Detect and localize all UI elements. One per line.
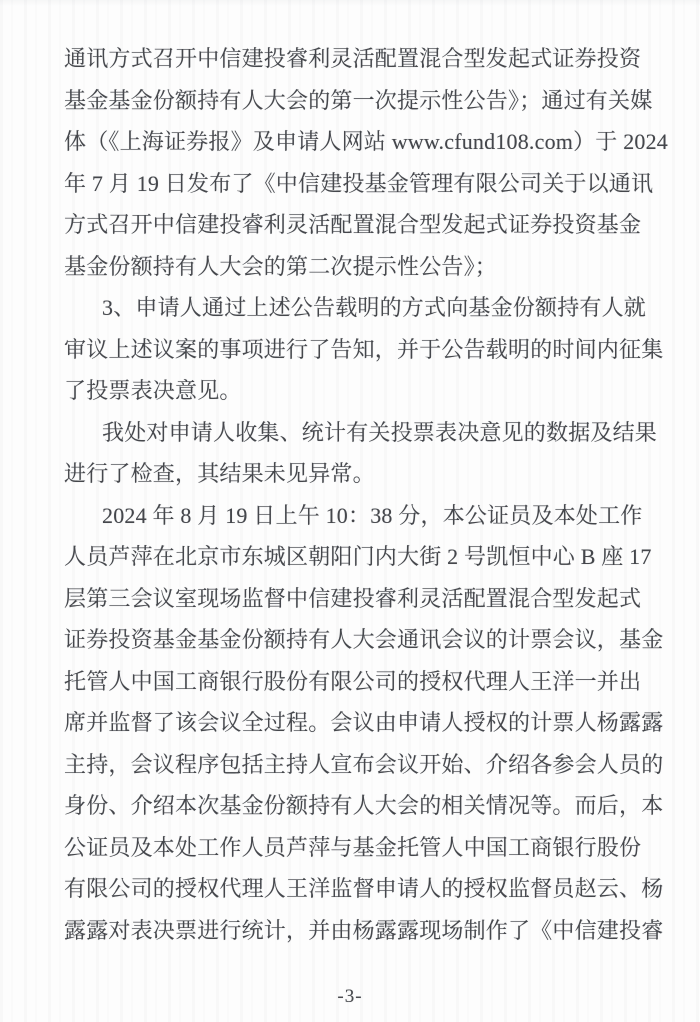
text-line: 人员芦萍在北京市东城区朝阳门内大街 2 号凯恒中心 B 座 17 xyxy=(64,536,638,578)
text-line: 基金基金份额持有人大会的第一次提示性公告》；通过有关媒 xyxy=(64,80,638,122)
text-line: 进行了检查，其结果未见异常。 xyxy=(64,453,638,495)
text-line: 身份、介绍本次基金份额持有人大会的相关情况等。而后，本 xyxy=(64,785,638,827)
text-line: 我处对申请人收集、统计有关投票表决意见的数据及结果 xyxy=(64,412,638,454)
text-line: 基金份额持有人大会的第二次提示性公告》； xyxy=(64,246,638,288)
document-page: 通讯方式召开中信建投睿利灵活配置混合型发起式证券投资 基金基金份额持有人大会的第… xyxy=(0,0,700,1022)
text-line: 证券投资基金基金份额持有人大会通讯会议的计票会议，基金 xyxy=(64,619,638,661)
document-body-text: 通讯方式召开中信建投睿利灵活配置混合型发起式证券投资 基金基金份额持有人大会的第… xyxy=(64,38,638,951)
text-line: 2024 年 8 月 19 日上午 10：38 分，本公证员及本处工作 xyxy=(64,495,638,537)
text-line: 托管人中国工商银行股份有限公司的授权代理人王洋一并出 xyxy=(64,661,638,703)
text-line: 通讯方式召开中信建投睿利灵活配置混合型发起式证券投资 xyxy=(64,38,638,80)
text-line: 方式召开中信建投睿利灵活配置混合型发起式证券投资基金 xyxy=(64,204,638,246)
text-line: 露露对表决票进行统计，并由杨露露现场制作了《中信建投睿 xyxy=(64,910,638,952)
page-number: -3- xyxy=(0,986,700,1008)
text-line: 有限公司的授权代理人王洋监督申请人的授权监督员赵云、杨 xyxy=(64,868,638,910)
text-line: 主持，会议程序包括主持人宣布会议开始、介绍各参会人员的 xyxy=(64,744,638,786)
text-line: 年 7 月 19 日发布了《中信建投基金管理有限公司关于以通讯 xyxy=(64,163,638,205)
text-line: 3、申请人通过上述公告载明的方式向基金份额持有人就 xyxy=(64,287,638,329)
text-line: 层第三会议室现场监督中信建投睿利灵活配置混合型发起式 xyxy=(64,578,638,620)
text-line: 审议上述议案的事项进行了告知，并于公告载明的时间内征集 xyxy=(64,329,638,371)
text-line: 席并监督了该会议全过程。会议由申请人授权的计票人杨露露 xyxy=(64,702,638,744)
text-line: 体（《上海证券报》及申请人网站 www.cfund108.com）于 2024 xyxy=(64,121,638,163)
text-line: 公证员及本处工作人员芦萍与基金托管人中国工商银行股份 xyxy=(64,827,638,869)
text-line: 了投票表决意见。 xyxy=(64,370,638,412)
